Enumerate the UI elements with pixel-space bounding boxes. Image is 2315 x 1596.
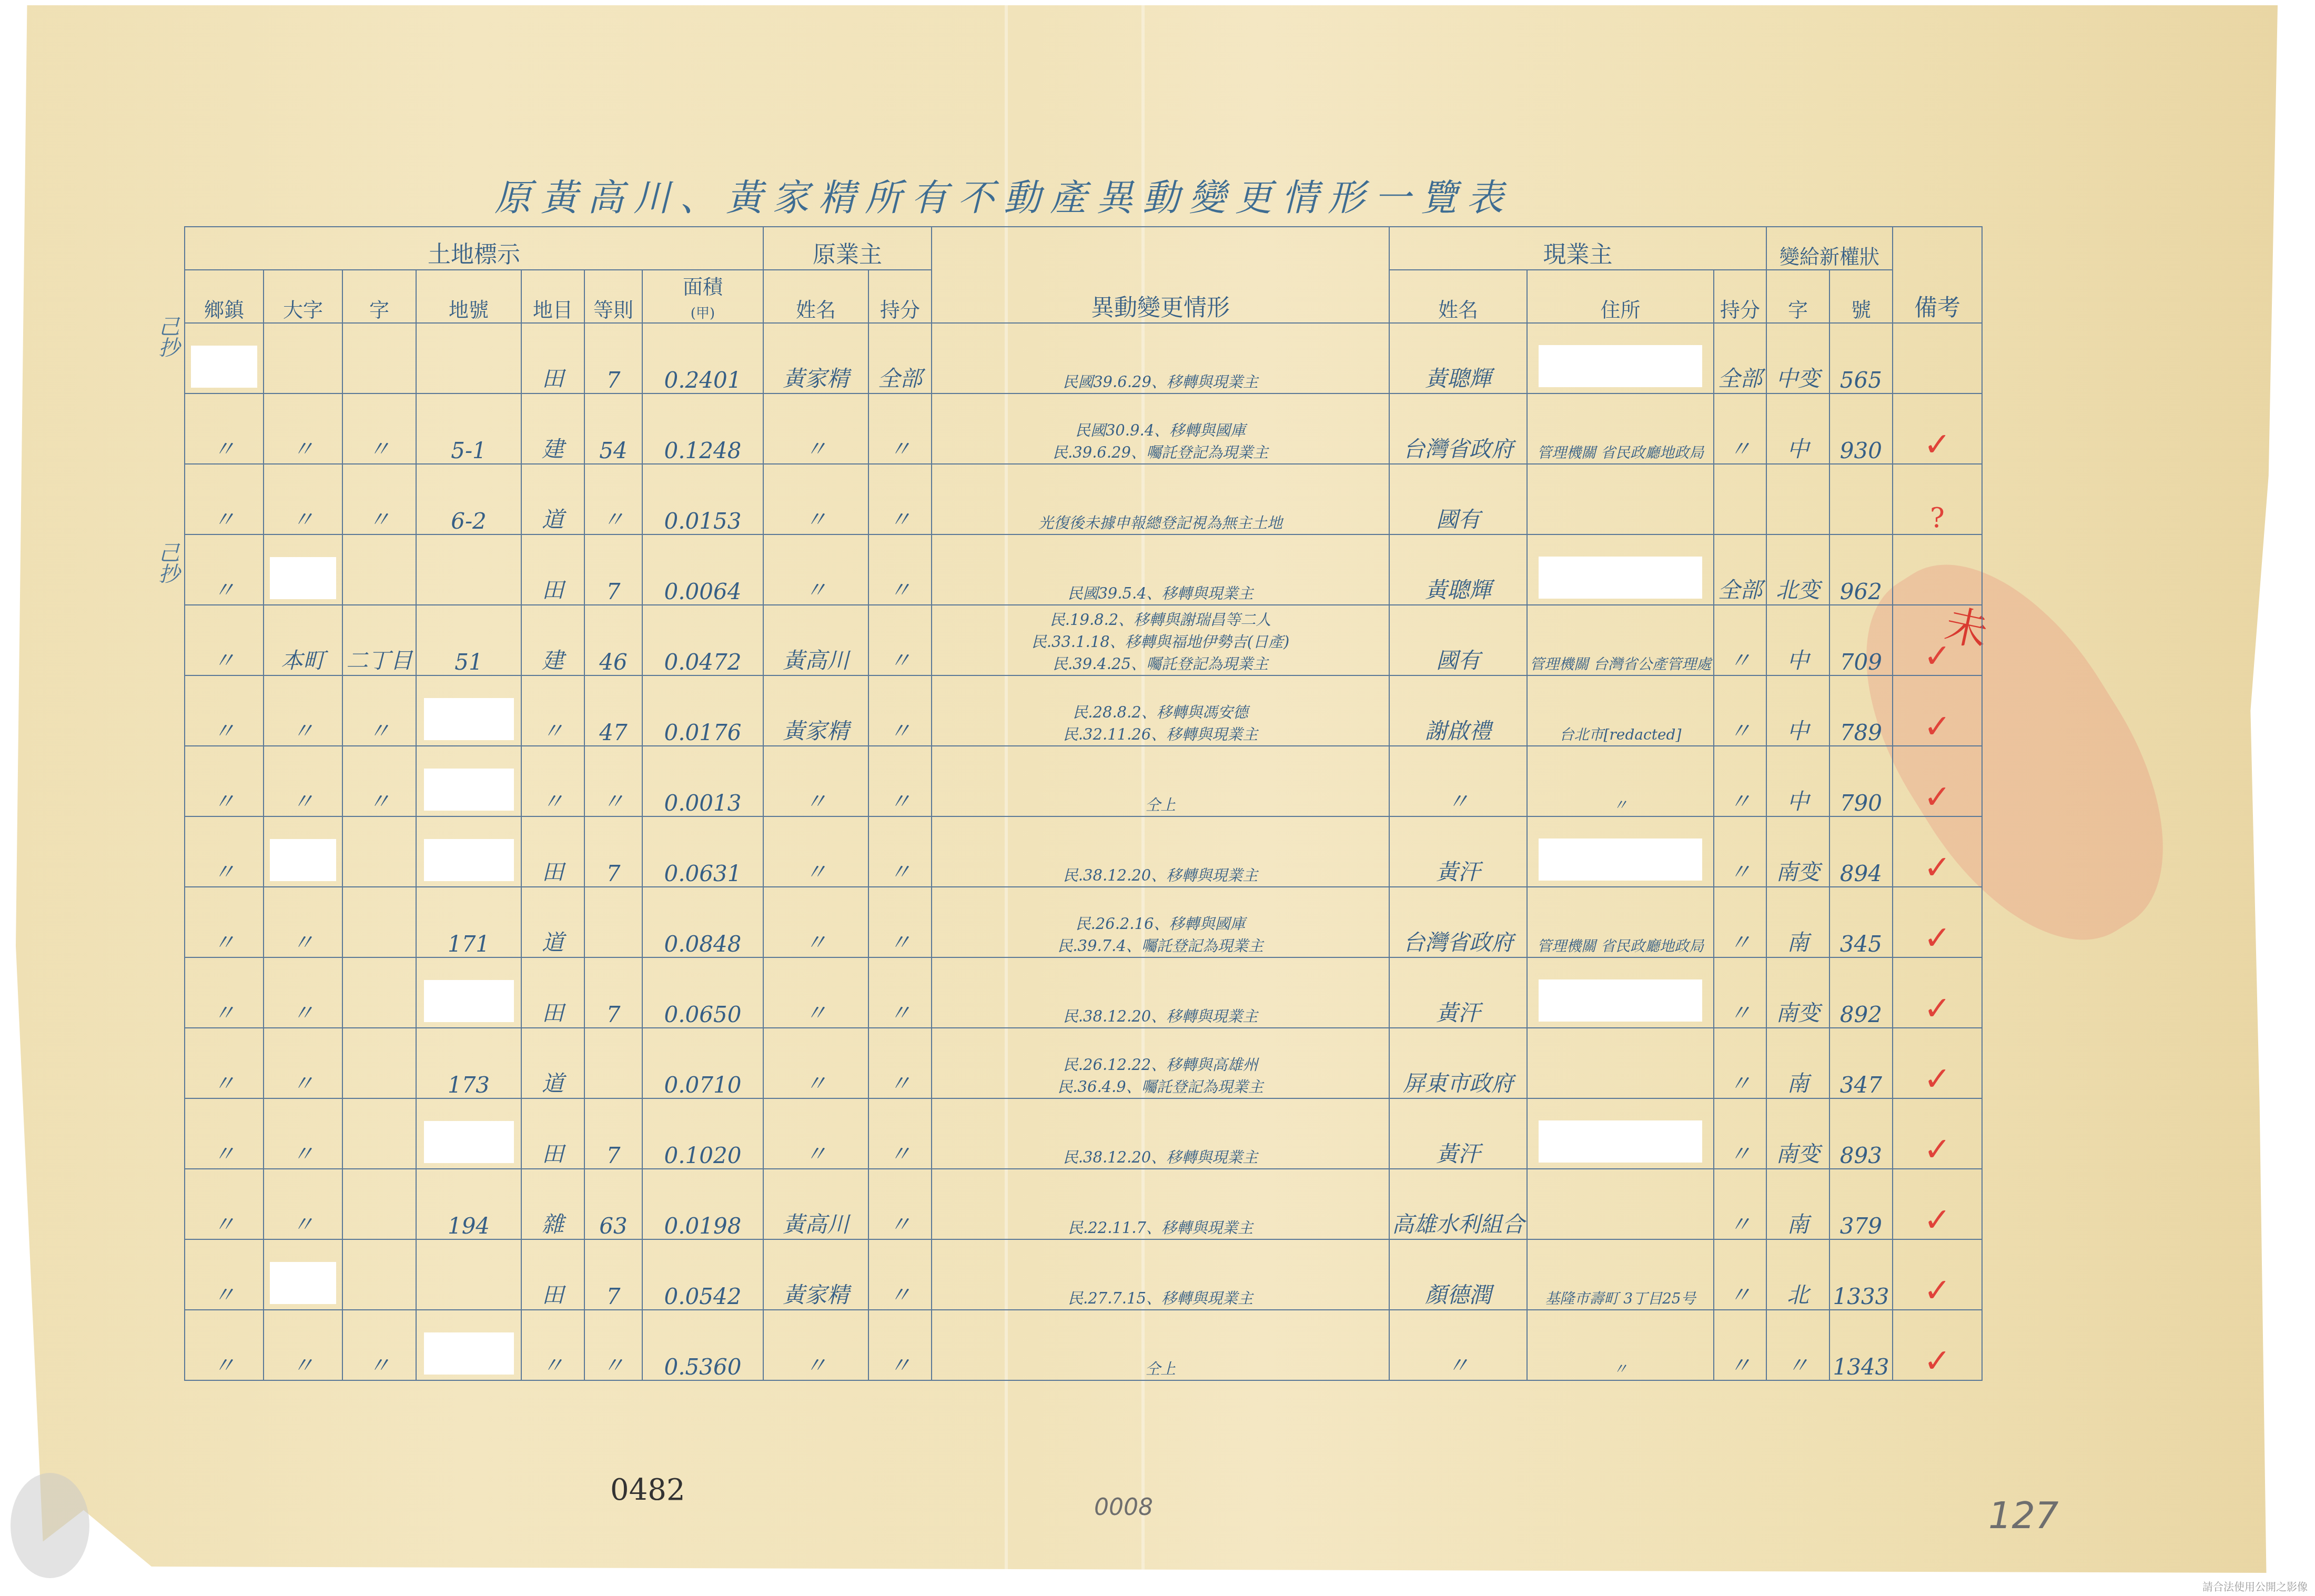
deed-char-value: 南变 (1776, 1000, 1820, 1026)
deed-char-value: 中 (1787, 648, 1809, 673)
orig-name-cell: 〃 (763, 1028, 868, 1098)
orig-name-cell: 〃 (763, 746, 868, 816)
cur-name-cell: 〃 (1389, 746, 1527, 816)
cur-share-cell: 全部 (1714, 534, 1766, 605)
area-cell: 0.0153 (642, 464, 763, 534)
check-mark-icon: ✓ (1924, 1130, 1951, 1168)
change-entry: 仝上 (934, 1358, 1387, 1380)
changes-cell: 民.27.7.15、移轉與現業主 (932, 1239, 1389, 1310)
change-entry: 民.32.11.26、移轉與現業主 (934, 723, 1387, 745)
area-cell: 0.0542 (642, 1239, 763, 1310)
change-entry: 民.39.4.25、囑託登記為現業主 (934, 653, 1387, 675)
orig-name-cell: 〃 (763, 534, 868, 605)
header-subsection: 字 (342, 270, 416, 323)
deed-char-value: 中变 (1776, 366, 1820, 391)
grade-value: 7 (606, 1284, 621, 1309)
grade-cell: 46 (584, 605, 642, 675)
area-cell: 0.5360 (642, 1310, 763, 1380)
orig-name-cell: 黃家精 (763, 323, 868, 393)
cur-name-cell: 高雄水利組合 (1389, 1169, 1527, 1239)
area-value: 0.0710 (664, 1072, 742, 1098)
grade-cell: 47 (584, 675, 642, 746)
grade-value: 47 (599, 720, 627, 745)
change-entry: 民.38.12.20、移轉與現業主 (934, 1146, 1387, 1168)
orig-share-cell: 〃 (868, 605, 932, 675)
subsection-cell (342, 1098, 416, 1169)
changes-cell: 民.28.8.2、移轉與馮安德民.32.11.26、移轉與現業主 (932, 675, 1389, 746)
change-entry: 民國30.9.4、移轉與國庫 (934, 419, 1387, 441)
cur-name-value: 黃聰輝 (1425, 366, 1491, 391)
document-title: 原黃高川、黃家精所有不動產異動變更情形一覽表 (494, 168, 1513, 221)
cur-address-cell: 管理機關 台灣省公產管理處 (1527, 605, 1714, 675)
deed-char-cell: 中 (1766, 393, 1829, 464)
cur-share-value: 〃 (1729, 1070, 1751, 1096)
header-land: 土地標示 (185, 227, 763, 270)
cur-share-cell: 〃 (1714, 393, 1766, 464)
section-cell: 〃 (264, 464, 342, 534)
deed-char-cell: 南变 (1766, 957, 1829, 1028)
subsection-cell (342, 957, 416, 1028)
township-value: 〃 (213, 1000, 235, 1026)
cur-share-cell (1714, 464, 1766, 534)
cur-name-value: 黃汗 (1436, 1000, 1480, 1026)
cur-address-cell: 基隆市壽町 3丁目25号 (1527, 1239, 1714, 1310)
cur-name-cell: 屏東市政府 (1389, 1028, 1527, 1098)
area-value: 0.0848 (664, 931, 742, 957)
watermark: 請合法使用公開之影像 (2202, 1579, 2308, 1594)
remark-cell: ✓ (1893, 1169, 1982, 1239)
township-cell: 〃 (185, 675, 264, 746)
deed-no-cell: 1333 (1829, 1239, 1893, 1310)
township-value: 〃 (213, 577, 235, 603)
grade-value: 7 (606, 367, 621, 393)
orig-share-value: 〃 (889, 1282, 911, 1308)
grade-cell: 〃 (584, 1310, 642, 1380)
check-mark-icon: ✓ (1924, 918, 1951, 957)
deed-no-value: 1343 (1833, 1354, 1889, 1380)
changes-cell: 仝上 (932, 1310, 1389, 1380)
orig-share-cell: 〃 (868, 464, 932, 534)
lot-cell (416, 323, 521, 393)
grade-cell: 7 (584, 323, 642, 393)
orig-share-cell: 〃 (868, 393, 932, 464)
orig-share-cell: 〃 (868, 534, 932, 605)
header-orig-name: 姓名 (763, 270, 868, 323)
land-type-cell: 道 (521, 464, 584, 534)
deed-no-cell: 345 (1829, 887, 1893, 957)
subsection-value: 〃 (368, 436, 390, 462)
deed-char-cell: 南 (1766, 1028, 1829, 1098)
deed-no-cell: 789 (1829, 675, 1893, 746)
change-entry: 民.39.7.4、囑託登記為現業主 (934, 935, 1387, 957)
remark-cell: ? (1893, 464, 1982, 534)
township-value: 〃 (213, 436, 235, 462)
orig-name-cell: 〃 (763, 887, 868, 957)
grade-cell: 7 (584, 1098, 642, 1169)
page-number: 127 (1988, 1494, 2059, 1537)
cur-address-cell (1527, 1028, 1714, 1098)
deed-no-value: 790 (1840, 790, 1882, 816)
orig-name-value: 〃 (805, 1352, 827, 1378)
land-type-value: 田 (542, 1282, 564, 1308)
redaction-block (1539, 839, 1702, 881)
section-cell: 〃 (264, 957, 342, 1028)
section-value: 〃 (292, 1070, 314, 1096)
check-mark-icon: ✓ (1924, 777, 1951, 816)
lot-cell (416, 957, 521, 1028)
cur-share-cell: 〃 (1714, 1239, 1766, 1310)
table-row: 〃〃田70.1020〃〃民.38.12.20、移轉與現業主黃汗〃南变893✓ (185, 1098, 1982, 1169)
area-value: 0.0176 (664, 720, 742, 745)
check-mark-icon: ✓ (1924, 1059, 1951, 1098)
deed-char-value: 〃 (1787, 1352, 1809, 1378)
table-body: 田70.2401黃家精全部民國39.6.29、移轉與現業主黃聰輝全部中变565〃… (185, 323, 1982, 1380)
area-cell: 0.0064 (642, 534, 763, 605)
land-type-cell: 建 (521, 605, 584, 675)
township-cell: 〃 (185, 1239, 264, 1310)
section-cell (264, 816, 342, 887)
township-cell: 〃 (185, 816, 264, 887)
subsection-cell (342, 1028, 416, 1098)
lot-value: 51 (454, 649, 482, 675)
township-value: 〃 (213, 1352, 235, 1378)
deed-no-cell: 892 (1829, 957, 1893, 1028)
check-mark-icon: ✓ (1924, 989, 1951, 1027)
area-value: 0.0650 (664, 1002, 742, 1027)
orig-share-cell: 〃 (868, 1239, 932, 1310)
cur-name-value: 台灣省政府 (1403, 436, 1513, 462)
deed-no-value: 709 (1840, 649, 1882, 675)
table-row: 〃〃〃〃470.0176黃家精〃民.28.8.2、移轉與馮安德民.32.11.2… (185, 675, 1982, 746)
deed-char-value: 中 (1787, 789, 1809, 814)
changes-cell: 民國39.6.29、移轉與現業主 (932, 323, 1389, 393)
township-cell: 〃 (185, 393, 264, 464)
subsection-cell (342, 1169, 416, 1239)
subsection-cell: 〃 (342, 393, 416, 464)
area-value: 0.0198 (664, 1213, 742, 1239)
land-type-cell: 〃 (521, 1310, 584, 1380)
section-cell: 〃 (264, 746, 342, 816)
archive-logo-icon (11, 1473, 89, 1578)
orig-share-value: 〃 (889, 577, 911, 603)
grade-cell: 63 (584, 1169, 642, 1239)
changes-cell: 仝上 (932, 746, 1389, 816)
deed-no-cell: 894 (1829, 816, 1893, 887)
land-type-value: 建 (542, 436, 564, 462)
lot-value: 6-2 (451, 508, 487, 534)
cur-name-cell: 〃 (1389, 1310, 1527, 1380)
lot-cell: 194 (416, 1169, 521, 1239)
cur-address-cell: 管理機關 省民政廳地政局 (1527, 887, 1714, 957)
cur-name-cell: 黃汗 (1389, 1098, 1527, 1169)
land-type-cell: 〃 (521, 675, 584, 746)
header-orig-share: 持分 (868, 270, 932, 323)
grade-value: 〃 (602, 507, 624, 532)
land-type-cell: 道 (521, 887, 584, 957)
remark-cell: ✓ (1893, 1098, 1982, 1169)
grade-cell (584, 1028, 642, 1098)
orig-name-cell: 〃 (763, 1098, 868, 1169)
orig-share-value: 〃 (889, 436, 911, 462)
township-cell: 〃 (185, 1310, 264, 1380)
deed-char-value: 南 (1787, 1211, 1809, 1237)
area-value: 0.2401 (664, 367, 742, 393)
area-value: 0.0153 (664, 508, 742, 534)
orig-share-cell: 〃 (868, 675, 932, 746)
section-value: 〃 (292, 1000, 314, 1026)
cur-share-value: 〃 (1729, 1282, 1751, 1308)
header-grade: 等則 (584, 270, 642, 323)
land-type-value: 田 (542, 1141, 564, 1167)
section-cell: 〃 (264, 1169, 342, 1239)
table-row: 〃〃171道0.0848〃〃民.26.2.16、移轉與國庫民.39.7.4、囑託… (185, 887, 1982, 957)
land-type-cell: 田 (521, 323, 584, 393)
area-value: 0.0472 (664, 649, 742, 675)
subsection-cell: 〃 (342, 675, 416, 746)
changes-cell: 民.38.12.20、移轉與現業主 (932, 1098, 1389, 1169)
subsection-cell (342, 816, 416, 887)
deed-char-cell: 〃 (1766, 1310, 1829, 1380)
cur-share-value: 全部 (1718, 577, 1762, 603)
deed-char-value: 南变 (1776, 1141, 1820, 1167)
grade-value: 7 (606, 1143, 621, 1168)
cur-name-value: 高雄水利組合 (1392, 1211, 1524, 1237)
area-value: 0.0631 (664, 861, 742, 886)
cur-name-cell: 黃聰輝 (1389, 323, 1527, 393)
land-type-cell: 雜 (521, 1169, 584, 1239)
orig-name-value: 〃 (805, 577, 827, 603)
land-type-value: 田 (542, 366, 564, 391)
township-cell: 〃 (185, 746, 264, 816)
header-group-row: 土地標示 原業主 異動變更情形 現業主 變給新權狀 備考 (185, 227, 1982, 270)
deed-char-value: 南 (1787, 1070, 1809, 1096)
header-lot-no: 地號 (416, 270, 521, 323)
orig-share-value: 〃 (889, 859, 911, 885)
cur-share-cell: 〃 (1714, 1028, 1766, 1098)
area-value: 0.1020 (664, 1143, 742, 1168)
cur-address-cell (1527, 957, 1714, 1028)
deed-no-value: 930 (1840, 438, 1882, 463)
township-cell: 〃 (185, 957, 264, 1028)
check-mark-icon: ✓ (1924, 1271, 1951, 1309)
cur-share-value: 〃 (1729, 789, 1751, 814)
orig-name-cell: 〃 (763, 1310, 868, 1380)
deed-char-cell: 中变 (1766, 323, 1829, 393)
township-cell: 〃 (185, 1169, 264, 1239)
subsection-cell (342, 887, 416, 957)
cur-share-value: 〃 (1729, 648, 1751, 673)
deed-char-value: 北变 (1776, 577, 1820, 603)
change-entry: 民.26.2.16、移轉與國庫 (934, 913, 1387, 935)
area-value: 0.5360 (664, 1354, 742, 1380)
orig-name-value: 〃 (805, 930, 827, 955)
changes-cell: 民.19.8.2、移轉與謝瑞昌等二人民.33.1.18、移轉與福地伊勢吉(日產)… (932, 605, 1389, 675)
area-cell: 0.1248 (642, 393, 763, 464)
orig-share-value: 〃 (889, 789, 911, 814)
redaction-block (1539, 1120, 1702, 1163)
changes-cell: 民.26.2.16、移轉與國庫民.39.7.4、囑託登記為現業主 (932, 887, 1389, 957)
table-row: 〃〃〃〃〃0.5360〃〃仝上〃〃〃〃1343✓ (185, 1310, 1982, 1380)
deed-no-cell: 1343 (1829, 1310, 1893, 1380)
lot-cell: 5-1 (416, 393, 521, 464)
area-cell: 0.0013 (642, 746, 763, 816)
township-value: 〃 (213, 789, 235, 814)
redaction-block (270, 1262, 336, 1304)
header-cur-share: 持分 (1714, 270, 1766, 323)
orig-name-value: 〃 (805, 859, 827, 885)
cur-address-cell (1527, 1169, 1714, 1239)
deed-no-cell: 709 (1829, 605, 1893, 675)
section-cell (264, 1239, 342, 1310)
change-entry: 民.28.8.2、移轉與馮安德 (934, 701, 1387, 723)
redaction-block (191, 346, 257, 388)
cur-name-cell: 顏德潤 (1389, 1239, 1527, 1310)
changes-cell: 民.26.12.22、移轉與高雄州民.36.4.9、囑託登記為現業主 (932, 1028, 1389, 1098)
remark-cell: ✓ (1893, 1310, 1982, 1380)
grade-cell: 7 (584, 534, 642, 605)
grade-cell (584, 887, 642, 957)
section-cell: 〃 (264, 393, 342, 464)
orig-name-cell: 〃 (763, 393, 868, 464)
cur-address-cell (1527, 323, 1714, 393)
remark-cell: ✓ (1893, 605, 1982, 675)
deed-char-value: 北 (1787, 1282, 1809, 1308)
orig-share-value: 全部 (878, 366, 922, 391)
subsection-cell: 二丁目 (342, 605, 416, 675)
cur-name-cell: 黃聰輝 (1389, 534, 1527, 605)
change-entry: 仝上 (934, 794, 1387, 816)
area-value: 0.1248 (664, 438, 742, 463)
grade-value: 46 (599, 649, 627, 675)
change-entry: 民.33.1.18、移轉與福地伊勢吉(日產) (934, 631, 1387, 653)
redaction-block (424, 839, 514, 881)
remark-cell: ✓ (1893, 1028, 1982, 1098)
section-value: 〃 (292, 1141, 314, 1167)
cur-address-value: 台北市[redacted] (1560, 726, 1682, 743)
check-mark-icon: ✓ (1924, 425, 1951, 463)
orig-share-value: 〃 (889, 648, 911, 673)
deed-no-value: 379 (1840, 1213, 1882, 1239)
redaction-block (424, 698, 514, 740)
deed-char-cell: 南 (1766, 887, 1829, 957)
cur-name-value: 黃汗 (1436, 859, 1480, 885)
cur-share-value: 〃 (1729, 1141, 1751, 1167)
header-area: 面積(甲) (642, 270, 763, 323)
township-cell: 〃 (185, 1028, 264, 1098)
lot-cell (416, 1239, 521, 1310)
orig-share-value: 〃 (889, 507, 911, 532)
change-entry: 民.19.8.2、移轉與謝瑞昌等二人 (934, 609, 1387, 631)
deed-no-value: 892 (1840, 1002, 1882, 1027)
subsection-cell (342, 534, 416, 605)
land-type-cell: 田 (521, 816, 584, 887)
deed-no-value: 565 (1840, 367, 1882, 393)
cur-address-cell (1527, 1098, 1714, 1169)
area-cell: 0.0176 (642, 675, 763, 746)
deed-char-cell: 北 (1766, 1239, 1829, 1310)
land-type-value: 道 (542, 930, 564, 955)
header-original-owner: 原業主 (763, 227, 932, 270)
cur-share-value: 〃 (1729, 436, 1751, 462)
cur-name-value: 〃 (1447, 1352, 1469, 1378)
township-value: 〃 (213, 507, 235, 532)
question-mark-icon: ? (1930, 502, 1945, 534)
orig-name-value: 〃 (805, 789, 827, 814)
cur-share-cell: 〃 (1714, 887, 1766, 957)
margin-note: 己抄 (153, 316, 183, 358)
lot-cell: 6-2 (416, 464, 521, 534)
area-cell: 0.0650 (642, 957, 763, 1028)
table-row: 〃〃173道0.0710〃〃民.26.12.22、移轉與高雄州民.36.4.9、… (185, 1028, 1982, 1098)
change-entry: 光復後未據申報總登記視為無主土地 (934, 512, 1387, 534)
section-value: 〃 (292, 789, 314, 814)
land-type-value: 建 (542, 648, 564, 673)
cur-address-value: 管理機關 省民政廳地政局 (1537, 937, 1704, 955)
area-value: 0.0064 (664, 579, 742, 604)
deed-no-value: 893 (1840, 1143, 1882, 1168)
header-remarks: 備考 (1893, 227, 1982, 323)
table-row: 田70.2401黃家精全部民國39.6.29、移轉與現業主黃聰輝全部中变565 (185, 323, 1982, 393)
lot-value: 173 (448, 1072, 490, 1098)
area-cell: 0.0848 (642, 887, 763, 957)
deed-no-cell: 790 (1829, 746, 1893, 816)
land-type-value: 田 (542, 859, 564, 885)
orig-name-value: 黃高川 (783, 1211, 849, 1237)
township-cell (185, 323, 264, 393)
area-cell: 0.0472 (642, 605, 763, 675)
orig-name-cell: 〃 (763, 957, 868, 1028)
township-value: 〃 (213, 1141, 235, 1167)
cur-name-cell: 黃汗 (1389, 957, 1527, 1028)
cur-share-cell: 〃 (1714, 675, 1766, 746)
grade-cell: 〃 (584, 746, 642, 816)
table-row: 〃本町二丁目51建460.0472黃高川〃民.19.8.2、移轉與謝瑞昌等二人民… (185, 605, 1982, 675)
section-cell: 〃 (264, 887, 342, 957)
subsection-value: 二丁目 (346, 648, 412, 673)
township-value: 〃 (213, 930, 235, 955)
deed-no-cell: 347 (1829, 1028, 1893, 1098)
area-value: 0.0542 (664, 1284, 742, 1309)
table-row: 〃田70.0064〃〃民國39.5.4、移轉與現業主黃聰輝全部北变962 (185, 534, 1982, 605)
land-type-cell: 田 (521, 534, 584, 605)
subsection-cell: 〃 (342, 1310, 416, 1380)
change-entry: 民國39.5.4、移轉與現業主 (934, 582, 1387, 604)
changes-cell: 民.38.12.20、移轉與現業主 (932, 957, 1389, 1028)
cur-name-cell: 國有 (1389, 464, 1527, 534)
section-cell (264, 534, 342, 605)
section-value: 〃 (292, 1211, 314, 1237)
deed-char-cell: 中 (1766, 675, 1829, 746)
header-cur-name: 姓名 (1389, 270, 1527, 323)
check-mark-icon: ✓ (1924, 707, 1951, 745)
changes-cell: 民國30.9.4、移轉與國庫民.39.6.29、囑託登記為現業主 (932, 393, 1389, 464)
change-entry: 民國39.6.29、移轉與現業主 (934, 371, 1387, 393)
check-mark-icon: ✓ (1924, 848, 1951, 886)
cur-share-cell: 全部 (1714, 323, 1766, 393)
lot-cell: 51 (416, 605, 521, 675)
land-type-cell: 田 (521, 957, 584, 1028)
table-row: 〃〃〃5-1建540.1248〃〃民國30.9.4、移轉與國庫民.39.6.29… (185, 393, 1982, 464)
remark-cell: ✓ (1893, 887, 1982, 957)
lot-cell (416, 1310, 521, 1380)
orig-share-value: 〃 (889, 1141, 911, 1167)
lot-cell (416, 816, 521, 887)
orig-share-cell: 〃 (868, 887, 932, 957)
section-value: 〃 (292, 930, 314, 955)
cur-name-cell: 台灣省政府 (1389, 393, 1527, 464)
cur-name-cell: 國有 (1389, 605, 1527, 675)
orig-name-value: 黃高川 (783, 648, 849, 673)
